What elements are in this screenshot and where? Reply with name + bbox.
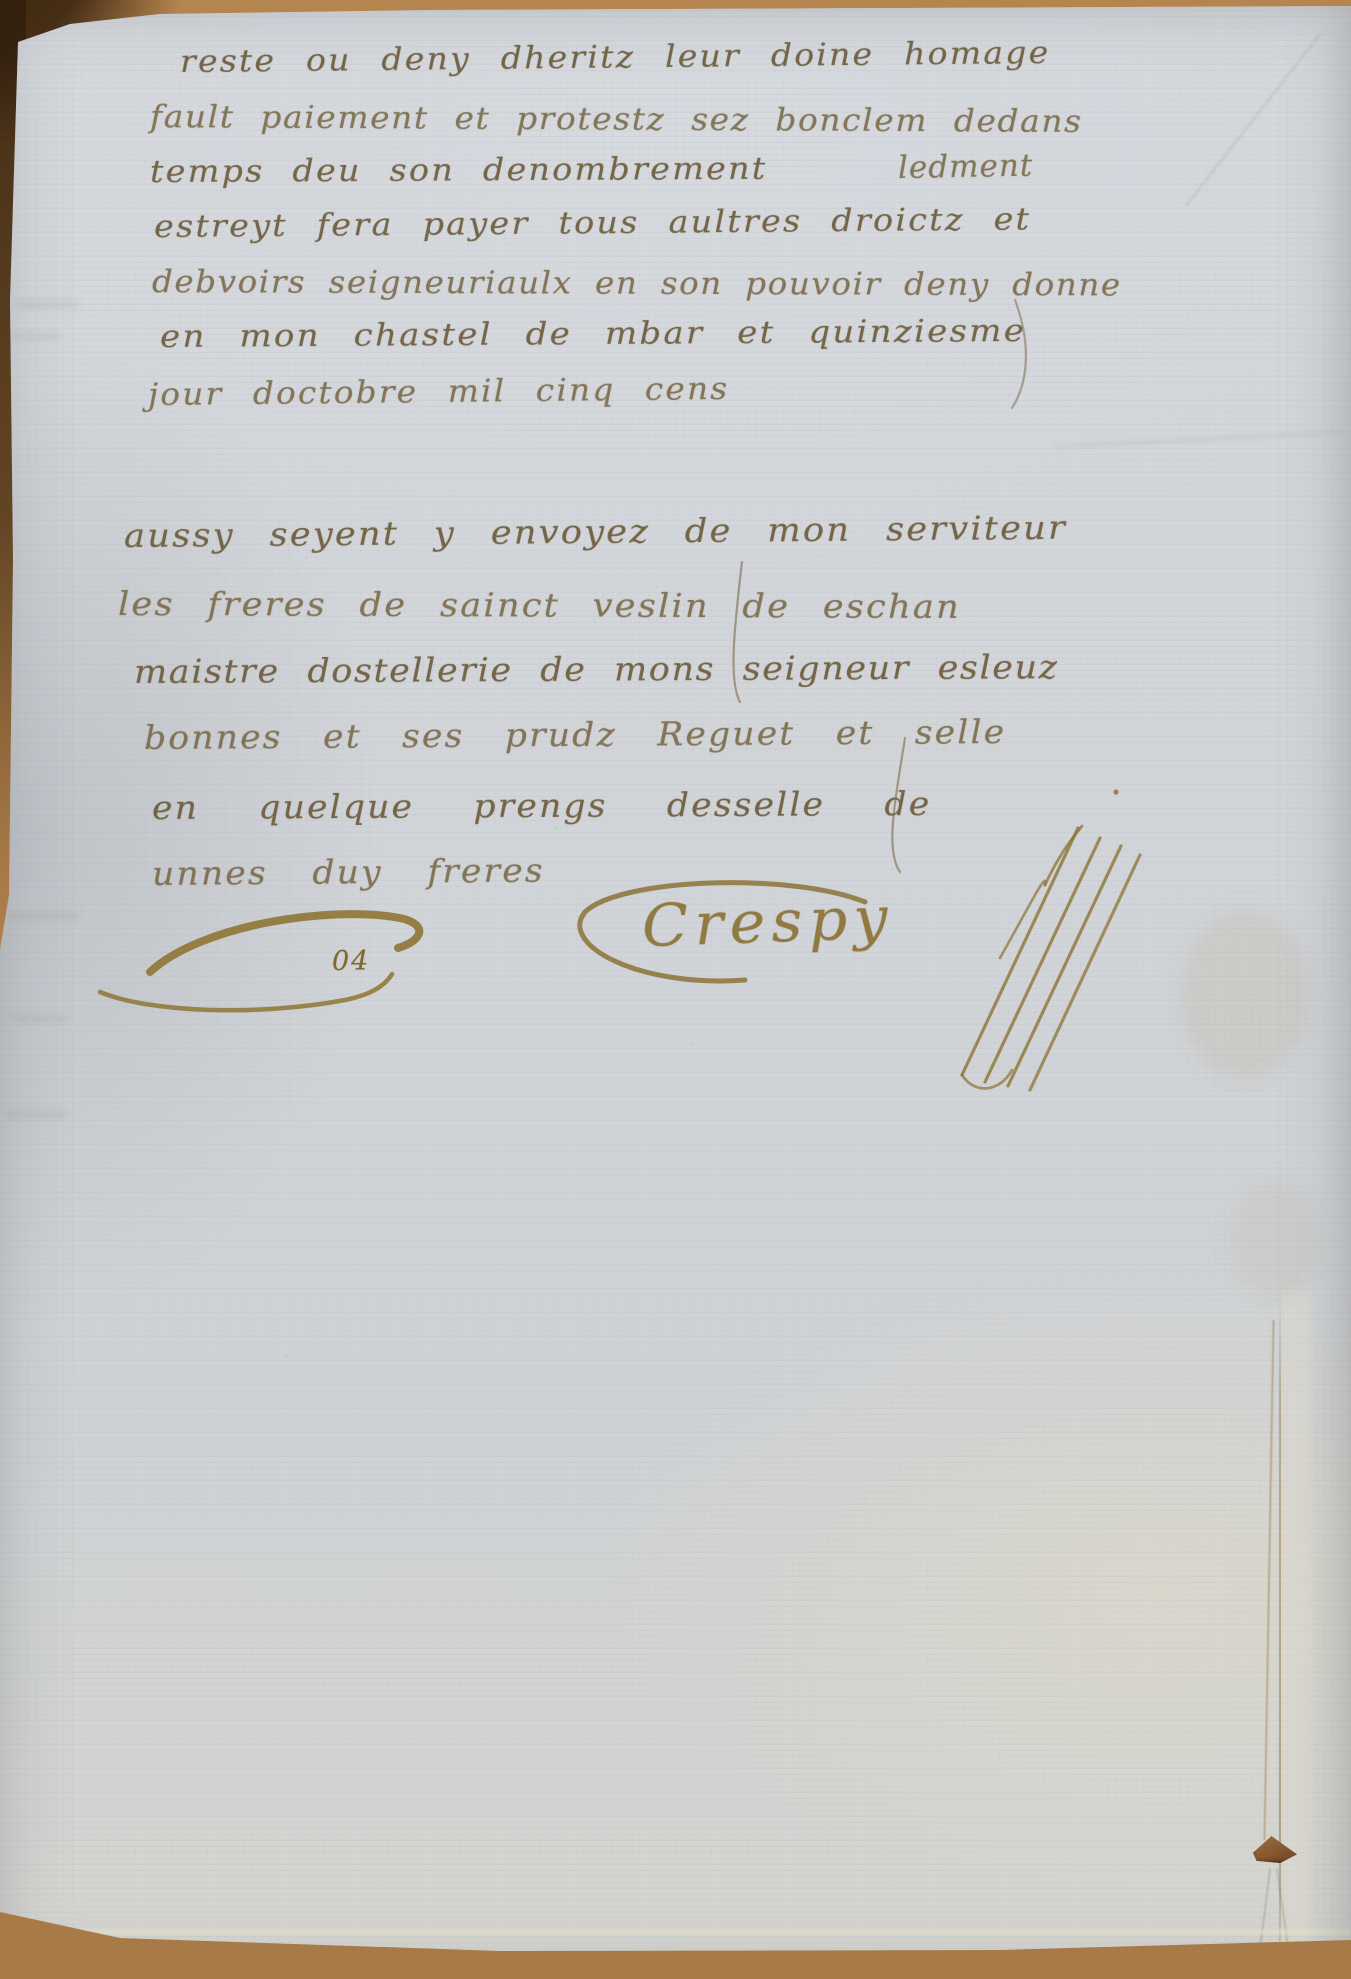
ink-flourishes <box>0 0 1351 1979</box>
wrinkle-top-right <box>1184 33 1321 208</box>
crease-below-hole-right <box>1276 1868 1294 1979</box>
handwritten-line-13: unnes duy freres <box>152 851 545 893</box>
folio-mark: 04 <box>332 946 370 977</box>
handwritten-line-2: fault paiement et protestz sez bonclem d… <box>150 99 1083 140</box>
handwritten-line-9: les freres de sainct veslin de eschan <box>118 584 961 626</box>
wrinkle-mid-right <box>1055 430 1345 448</box>
handwritten-line-4: estreyt fera payer tous aultres droictz … <box>154 201 1031 245</box>
bleedthrough-mark-1 <box>14 300 78 309</box>
fold-crease-vertical <box>1279 1296 1281 1979</box>
sensor-artifact-dot-1 <box>554 827 557 830</box>
handwritten-line-6: en mon chastel de mbar et quinziesme <box>160 313 1026 355</box>
handwritten-line-11: bonnes et ses prudz Reguet et selle <box>144 712 1007 757</box>
bleedthrough-mark-4 <box>12 1015 67 1023</box>
descender-stroke-3 <box>1012 300 1026 408</box>
crease-below-hole-left <box>1255 1868 1271 1979</box>
fold-crease-vertical-inner <box>1263 1320 1274 1840</box>
fold-crease-highlight <box>1283 1290 1311 1979</box>
bleedthrough-mark-2 <box>10 332 60 340</box>
descender-stroke-2 <box>892 738 905 872</box>
handwritten-line-12: en quelque prengs desselle de <box>152 784 932 827</box>
signature-ascender <box>1000 881 1045 958</box>
handwritten-line-3: temps deu son denombrement <box>150 151 768 190</box>
paraph-bottom-curve <box>962 1070 1012 1088</box>
handwritten-line-10: maistre dostellerie de mons seigneur esl… <box>134 647 1059 691</box>
worm-hole <box>1253 1836 1297 1863</box>
bleedthrough-mark-3 <box>8 912 78 921</box>
paraph-top-curve <box>1045 826 1082 885</box>
stain-right <box>1180 910 1310 1080</box>
handwritten-line-5: debvoirs seigneuriaulx en son pouvoir de… <box>152 264 1122 303</box>
manuscript-photo: reste ou deny dheritz leur doine homage … <box>0 0 1351 1979</box>
paraph-stroke-1 <box>962 828 1078 1075</box>
manuscript-page: reste ou deny dheritz leur doine homage … <box>0 0 1351 1979</box>
signature-loop <box>580 883 865 981</box>
handwritten-line-8: aussy seyent y envoyez de mon serviteur <box>124 508 1067 555</box>
paraph-stroke-2 <box>985 838 1100 1082</box>
descender-stroke-1 <box>734 562 742 702</box>
handwritten-line-7: jour doctobre mil cinq cens <box>148 371 730 413</box>
bleedthrough-mark-5 <box>6 1110 66 1119</box>
folio-swash-lower <box>100 974 392 1010</box>
handwritten-line-3-right: ledment <box>898 148 1034 186</box>
paraph-ink-dot <box>1113 789 1118 794</box>
stain-lower-right <box>1230 1180 1320 1300</box>
folio-swash-upper <box>150 914 419 972</box>
paper-bottom-edge <box>0 1929 1351 1935</box>
signature: Crespy <box>641 883 895 960</box>
sensor-artifact-dot-3 <box>691 1043 693 1045</box>
handwritten-line-1: reste ou deny dheritz leur doine homage <box>180 35 1051 80</box>
sensor-artifact-dot-2 <box>285 1355 288 1358</box>
paraph-stroke-3 <box>1008 846 1121 1086</box>
paraph-stroke-4 <box>1030 855 1140 1090</box>
